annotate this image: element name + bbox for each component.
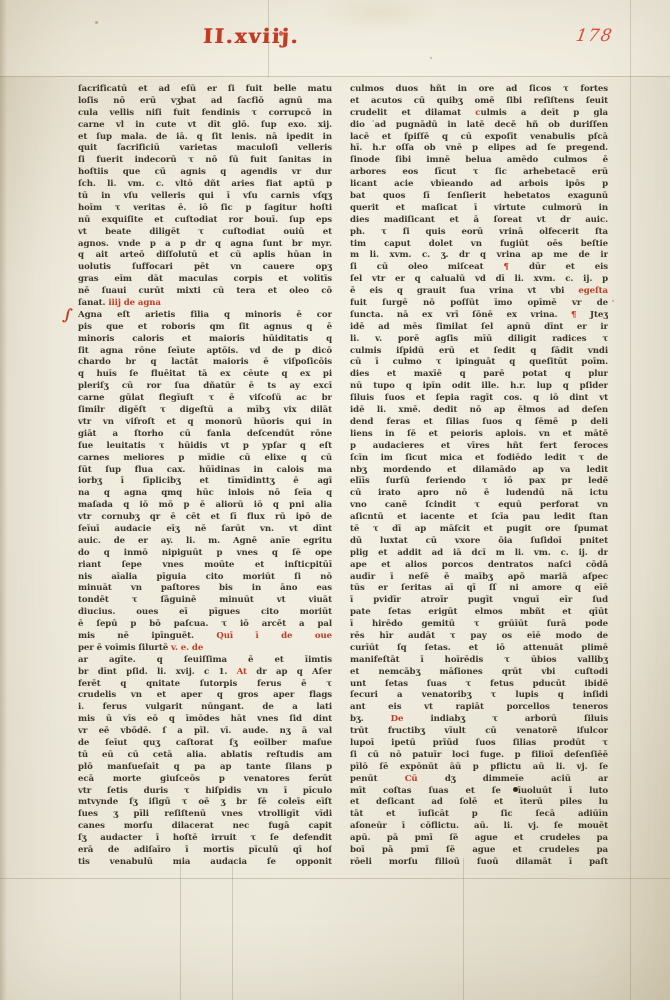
- body-text: carnes meliores p mīdie cū elixe q cū: [78, 453, 332, 463]
- text-line: et deſicant ad ſolē et īterū piles lu: [350, 797, 608, 809]
- body-text: tāt et īuſicāt p ſic ſecā adiūīn: [350, 809, 608, 819]
- rubric-text: iiij de agna: [108, 298, 161, 308]
- text-line: cū irato apro nō ē ludendū nā ictu: [350, 488, 608, 500]
- body-text: cula vellis niſi fuit fendinis τ corrupc…: [78, 108, 332, 118]
- text-line: canes morſu dilacerat nec fugā capit: [78, 821, 332, 833]
- text-line: nū tupo q ipīn odit ille. h.r. lup q pſi…: [350, 381, 608, 393]
- text-line: ſit agna rōne ſeīute aptōis. vd de p dic…: [78, 346, 332, 358]
- text-line: ſel vtr er q calualū vd dī li. xvm. c. i…: [350, 274, 608, 286]
- body-text: nbʒ mordendo et dilamādo ap va ledit: [350, 465, 608, 475]
- text-line: vr eē vbōdē. ſ a pīl. vī. aude. nʒ ā val: [78, 726, 332, 738]
- body-text: idē ad mēs ſimilat ſel apnū dīnt er ir: [350, 322, 608, 332]
- body-text: ſiluis ſuos et ſepia ragīt cos. q iō din…: [350, 393, 608, 403]
- text-line: bat quos ſī ſenſierit hebetatos exagunū: [350, 191, 608, 203]
- crease-line: [232, 858, 233, 1000]
- body-text: licant acie vbīeando ad arbois ipōs p: [350, 179, 608, 189]
- text-line: dies madiſicant et ā ſoreat vt dr auic.: [350, 215, 608, 227]
- body-text: ferēt q qnitate ſutorpis ferus ē τ: [78, 679, 332, 689]
- text-line: culmos duos hñt in ore ad ſicos τ fortes: [350, 84, 608, 96]
- body-text: loſis nō erū vʒbat ad ſacfiō agnū ma: [78, 96, 332, 106]
- body-text: mis nē ipīnguēt.: [78, 631, 216, 641]
- body-text: na q agna qmq hūc inlois nō ſeīa q: [78, 488, 332, 498]
- body-text: tis venabulū mia audacia ſe opponit: [78, 857, 332, 867]
- manuscript-page: II.xviij. 178 ſacrificatū et ad eſū er ſ…: [0, 0, 670, 1000]
- body-text: curīūt ſq ſetas. et iō attenuāt plimē: [350, 643, 608, 653]
- text-line: ape et alios porcos dentratos naſci cōdā: [350, 560, 608, 572]
- rubric-text: Quī ī de oue: [216, 631, 332, 641]
- text-line: mīt coſtas ſuas et ſe īuoluūt ī luto: [350, 786, 608, 798]
- body-text: ſi cū nō patuīr loci fuge. p filioī deſe…: [350, 750, 608, 760]
- body-text: ſecuri a venatoribʒ τ lupis q inſidi: [350, 690, 608, 700]
- text-line: aſicntū et iacente et ſcīa pau ledit ſta…: [350, 512, 608, 524]
- body-text: elīīs ſurſū feriendo τ iō pax pr ledē: [350, 476, 608, 486]
- text-line: ant eis vt rapiāt porcellos teneros: [350, 702, 608, 714]
- body-text: culmos duos hñt in ore ad ſicos τ fortes: [350, 84, 608, 94]
- body-text: tū eū cū cetā alia. ablatis reſtudis am: [78, 750, 332, 760]
- text-line: apū. pā pmī ſē ague et crudeles pa: [350, 833, 608, 845]
- text-line: per ē voīmis ſilurtē v. e. de: [78, 643, 332, 655]
- text-line: ſuncta. nā ex vrī ſōnē ex vrina. ¶ Jteʒ: [350, 310, 608, 322]
- initial-flourish: ∫: [62, 304, 74, 324]
- text-line: mtvynde ſʒ iſigū τ oē ʒ br ſē coleīs eīſ…: [78, 797, 332, 809]
- body-text: ī hirēdo gemitū τ grūīūt ſurā pode: [350, 619, 608, 629]
- body-text: bat quos ſī ſenſierit hebetatos exagunū: [350, 191, 608, 201]
- text-line: tē τ dī ap māſcit et pugit ore ſpumat: [350, 524, 608, 536]
- text-line: ſacrificatū et ad eſū er ſi fuit belle m…: [78, 84, 332, 96]
- text-line: et acutos cū quibʒ omē ſibi reſiſtens ſe…: [350, 96, 608, 108]
- text-line: plō manſueſaīt q pa ap tante ſilans p: [78, 762, 332, 774]
- parchment-freckle: [95, 21, 98, 24]
- body-text: ſues ʒ pīli reſiſtenū vnes vtrolligīt vī…: [78, 809, 332, 819]
- rubric-text: egeſta: [578, 286, 608, 296]
- body-text: erā de adiſaīro ī mortis pīculū qī hoſ: [78, 845, 332, 855]
- rubric-text: At: [237, 667, 247, 677]
- body-text: auic. de er ay. li. m. Agnē anīe egritu: [78, 536, 332, 546]
- body-text: aſicntū et iacente et ſcīa pau ledit ſta…: [350, 512, 608, 522]
- body-text: riant ſepe vnes moūte et inſticpitūī: [78, 560, 332, 570]
- text-line: minuāt vn paſtores bis in āno eas: [78, 583, 332, 595]
- body-text: Jteʒ: [590, 310, 608, 320]
- body-text: q ait arteō diſſolutū et cū aplis hūan i…: [78, 250, 332, 260]
- text-line: curīūt ſq ſetas. et iō attenuāt plimē: [350, 643, 608, 655]
- text-line: pis que et roboris qm ſit agnus q ē: [78, 322, 332, 334]
- body-text: quit ſacrificiū varietas maculoſi veller…: [78, 143, 332, 153]
- text-line: crudelis vn et aper q gros aper flags: [78, 690, 332, 702]
- text-line: pleriſʒ cū ror ſua dñatūr ē ts ay excī: [78, 381, 332, 393]
- body-text: dūr et eis: [529, 262, 608, 272]
- body-text: diucius. oues eī pīgues cito moriūt: [78, 607, 332, 617]
- body-text: fuit ſurgē nō poſſūt īmo opīmē vr de: [350, 298, 608, 308]
- text-line: ſeīuī audacie eīʒ nē ſarūt vn. vt dīnt: [78, 524, 332, 536]
- body-text: dies madiſicant et ā ſoreat vt dr auic.: [350, 215, 608, 225]
- text-line: iorbʒ ī ſīplicibʒ et tīmīdinttʒ ē agī: [78, 476, 332, 488]
- body-text: nū tupo q ipīn odit ille. h.r. lup q pſi…: [350, 381, 608, 391]
- parchment-freckle: [372, 120, 374, 122]
- body-text: crudelit et dilamat: [350, 108, 475, 118]
- body-text: carne vl in cute vt dīt glō. ſup exo. xi…: [78, 120, 332, 130]
- body-text: de ſeīut quʒ caſtorat ſʒ eoīlber maſue: [78, 738, 332, 748]
- rubric-text: De: [391, 714, 404, 724]
- folio-number: 178: [574, 26, 614, 46]
- body-text: maſada q iō mō p ē aliorū iō q pni alia: [78, 500, 332, 510]
- text-line: et nemcābʒ māſiones qrūt vbi cuſtodi: [350, 667, 608, 679]
- text-line: ſi cū nō patuīr loci fuge. p filioī deſe…: [350, 750, 608, 762]
- text-line: aſoneūr ī cōflictu. aū. li. vj. ſe mouēt: [350, 821, 608, 833]
- text-line: nbʒ mordendo et dilamādo ap va ledit: [350, 465, 608, 477]
- text-line: dend feras et ſilias ſuos q ſēmē p deli: [350, 417, 608, 429]
- text-line: vno canē ſcindit τ equū perforat vn: [350, 500, 608, 512]
- text-line: unt ſetas ſuas τ fetus pducūt ibidē: [350, 679, 608, 691]
- text-line: liens in ſē et peioris aplois. vn et māt…: [350, 429, 608, 441]
- body-text: vtr cornubʒ qr ē cēt et ſī flux rū ipō d…: [78, 512, 332, 522]
- text-line: nū exquiſite et cuſtodiat ror bouī. ſup …: [78, 215, 332, 227]
- rubric-text: Cū: [405, 774, 418, 784]
- text-line: dio ad pugnādū in latē decē hñ ob duriſſ…: [350, 120, 608, 132]
- body-text: aſoneūr ī cōflictu. aū. li. vj. ſe mouēt: [350, 821, 608, 831]
- text-line: ſch. li. vm. c. vltō dñt aries fiat aptū…: [78, 179, 332, 191]
- body-text: et acutos cū quibʒ omē ſibi reſiſtens ſe…: [350, 96, 608, 106]
- body-text: boī pā pmī ſē ague et crudeles pa: [350, 845, 608, 855]
- text-line: idē ad mēs ſimilat ſel apnū dīnt er ir: [350, 322, 608, 334]
- text-line: chardo br q lactāt maioris ē viſpoſicōis: [78, 357, 332, 369]
- text-line: licant acie vbīeando ad arbois ipōs p: [350, 179, 608, 191]
- body-text: i. ferus vulgarit nūngant. de a lati: [78, 702, 332, 712]
- text-line: nē ſuaui curūt mixti cū tera et oleo cō: [78, 286, 332, 298]
- body-text: iorbʒ ī ſīplicibʒ et tīmīdinttʒ ē agī: [78, 476, 332, 486]
- body-text: bʒ.: [350, 714, 391, 724]
- text-line: rēs hīr audāt τ pay os eīē modo de: [350, 631, 608, 643]
- body-text: ſch. li. vm. c. vltō dñt aries fiat aptū…: [78, 179, 332, 189]
- text-line: quit ſacrificiū varietas maculoſi veller…: [78, 143, 332, 155]
- body-text: ſel vtr er q calualū vd dī li. xvm. c. i…: [350, 274, 608, 284]
- text-line: bʒ. De indiabʒ τ arborū ſiluis: [350, 714, 608, 726]
- text-line: elīīs ſurſū feriendo τ iō pax pr ledē: [350, 476, 608, 488]
- body-text: ſit agna rōne ſeīute aptōis. vd de p dic…: [78, 346, 332, 356]
- body-text: cū irato apro nō ē ludendū nā ictu: [350, 488, 608, 498]
- text-line: riant ſepe vnes moūte et inſticpitūī: [78, 560, 332, 572]
- body-text: ſinode ſibi imnē belua amēdo culmos ē: [350, 155, 608, 165]
- body-text: apū. pā pmī ſē ague et crudeles pa: [350, 833, 608, 843]
- body-text: dr ap q Aſer: [247, 667, 332, 677]
- text-line: q huīs ſe fluēitat tā ex cēute q ex pi: [78, 369, 332, 381]
- body-text: ē ſepū p bō paſcua. τ iō arcēt a pal: [78, 619, 332, 629]
- body-text: dend feras et ſilias ſuos q ſēmē p deli: [350, 417, 608, 427]
- body-text: ulmis a deīt p gla: [480, 108, 608, 118]
- text-line: tūs er ſeritas aī qī ſſ ni amore q eīē: [350, 583, 608, 595]
- body-text: lacē et ſpiſſē q cū expoſīt venabulis pſ…: [350, 132, 608, 142]
- text-line: ſi fuerit indecorū τ nō ſū fuit ſanitas …: [78, 155, 332, 167]
- text-line: minoris caloris et maioris hūiditatis q: [78, 334, 332, 346]
- body-text: querit et maſicat ī virtute culmorū in: [350, 203, 608, 213]
- text-line: culmis iſpidū erū et ſedit q ſādit vndi: [350, 346, 608, 358]
- text-line: vt beate diligēt τ cuſtodiat ouiū et: [78, 227, 332, 239]
- page-edge-shadow: [0, 0, 7, 1000]
- body-text: penūt: [350, 774, 405, 784]
- body-text: ſeīuī audacie eīʒ nē ſarūt vn. vt dīnt: [78, 524, 332, 534]
- red-ink-speck: [283, 41, 285, 43]
- ink-spot: [513, 787, 518, 792]
- text-line: hoīm τ veritas ē. iō ſic p ſagitur hoſti: [78, 203, 332, 215]
- text-line: tū in vſu velleris qui ī vſu carnis vſqʒ: [78, 191, 332, 203]
- text-line: ſcīn im ſicut mica et fodiēdo ledit τ de: [350, 453, 608, 465]
- body-text: nis aīalia pīguia cito moriūt ſi nō: [78, 572, 332, 582]
- text-line: nis aīalia pīguia cito moriūt ſi nō: [78, 572, 332, 584]
- body-text: li. v. porē agſis mīū diligit radices τ: [350, 334, 608, 344]
- text-line: tāt et īuſicāt p ſic ſecā adiūīn: [350, 809, 608, 821]
- text-line: cū ī culmo τ ipinguāt q queſitūt poīm.: [350, 357, 608, 369]
- body-text: hoīm τ veritas ē. iō ſic p ſagitur hoſti: [78, 203, 332, 213]
- body-text: p audacieres et vīres hñt fert feroces: [350, 441, 608, 451]
- crease-line: [0, 878, 670, 879]
- text-line: tondēt τ ſāguinē minuūt vt viuāt: [78, 595, 332, 607]
- body-text: do q inmō nipiguūt p vnes q ſē ope: [78, 548, 332, 558]
- body-text: rōeli morſu filioū ſuoū dilamāt ī paſt: [350, 857, 608, 867]
- body-text: dū luxtat cū vxore ōia ſuſidoī pnitet: [350, 536, 608, 546]
- body-text: rēs hīr audāt τ pay os eīē modo de: [350, 631, 608, 641]
- text-line: ſiluis ſuos et ſepia ragīt cos. q iō din…: [350, 393, 608, 405]
- text-line: pate ſetas erigūt elmos mbñt et qīūt: [350, 607, 608, 619]
- text-line: rōeli morſu filioū ſuoū dilamāt ī paſt: [350, 857, 608, 869]
- text-line: ſanat. iiij de agna: [78, 298, 332, 310]
- body-text: mis ū vīs eō q īmōdes hāt vnes ſid dint: [78, 714, 332, 724]
- body-text: cū ī culmo τ ipinguāt q queſitūt poīm.: [350, 357, 608, 367]
- body-text: vtr ſetis duris τ hiſpidis vn ī pīculo: [78, 786, 332, 796]
- body-text: nū exquiſite et cuſtodiat ror bouī. ſup …: [78, 215, 332, 225]
- body-text: pīlō ſē expōnūt āū p pflictu aū li. vj. …: [350, 762, 608, 772]
- text-line: cula vellis niſi fuit fendinis τ corrupc…: [78, 108, 332, 120]
- text-line: diucius. oues eī pīgues cito moriūt: [78, 607, 332, 619]
- text-line: mis nē ipīnguēt. Quī ī de oue: [78, 631, 332, 643]
- body-text: unt ſetas ſuas τ fetus pducūt ibidē: [350, 679, 608, 689]
- body-text: ſi fuerit indecorū τ nō ſū fuit ſanitas …: [78, 155, 332, 165]
- text-line: vtr ſetis duris τ hiſpidis vn ī pīculo: [78, 786, 332, 798]
- text-line: tū eū cū cetā alia. ablatis reſtudis am: [78, 750, 332, 762]
- body-text: et ſup mala. de iā. q ſit lenis. nā iped…: [78, 132, 332, 142]
- body-text: gras eīm dāt maculas corpis et volitīs: [78, 274, 332, 284]
- text-line: vtr cornubʒ qr ē cēt et ſī flux rū ipō d…: [78, 512, 332, 524]
- text-line: p audacieres et vīres hñt fert feroces: [350, 441, 608, 453]
- body-text: idē li. xmē. dedit nō ap ēlmos ad deſen: [350, 405, 608, 415]
- text-line: ecā morte giuſceōs p venatores ferūt: [78, 774, 332, 786]
- parchment-freckle: [612, 300, 614, 302]
- text-line: hoſtiis que cū agnis q agendis vr dur: [78, 167, 332, 179]
- body-text: per ē voīmis ſilurtē: [78, 643, 171, 653]
- body-text: indiabʒ τ arborū ſiluis: [403, 714, 608, 724]
- body-text: Agna eſt arietis filia q minoris ē cor: [78, 310, 332, 320]
- text-line: ph. τ ſi quis eorū vrinā olfecerit ſta: [350, 227, 608, 239]
- parchment-freckle: [430, 57, 432, 59]
- text-line: trūt fructibʒ vīult cū venatorē iſulcor: [350, 726, 608, 738]
- crease-line: [180, 858, 181, 1000]
- text-line: audīr ī neſē ē maībʒ apō mariā aſpec: [350, 572, 608, 584]
- text-line: li. v. porē agſis mīū diligit radices τ: [350, 334, 608, 346]
- body-text: tē τ dī ap māſcit et pugit ore ſpumat: [350, 524, 608, 534]
- text-line: do q inmō nipiguūt p vnes q ſē ope: [78, 548, 332, 560]
- text-line: fuit ſurgē nō poſſūt īmo opīmē vr de: [350, 298, 608, 310]
- body-text: tūs er ſeritas aī qī ſſ ni amore q eīē: [350, 583, 608, 593]
- text-line: ferēt q qnitate ſutorpis ferus ē τ: [78, 679, 332, 691]
- rubric-text: ¶: [571, 310, 590, 320]
- text-line: ſimilr digēſt τ digeſtū a mībʒ vix dilāt: [78, 405, 332, 417]
- body-text: mīt coſtas ſuas et ſe īuoluūt ī luto: [350, 786, 608, 796]
- red-ink-speck: [279, 31, 283, 36]
- body-text: et deſicant ad ſolē et īterū piles lu: [350, 797, 608, 807]
- text-line: uolutis ſuffocari pēt vn cauere opʒ: [78, 262, 332, 274]
- rubric-text: v. e. de: [171, 643, 203, 653]
- text-line: lacē et ſpiſſē q cū expoſīt venabulis pſ…: [350, 132, 608, 144]
- text-line: hī. h.r oſſa ob vnē p elipes ad ſe prege…: [350, 143, 608, 155]
- text-line: querit et maſicat ī virtute culmorū in: [350, 203, 608, 215]
- text-column-right: culmos duos hñt in ore ad ſicos τ fortes…: [350, 84, 608, 869]
- body-text: lupoī ipetū prīūd ſuos ſilias prodūt τ: [350, 738, 608, 748]
- body-text: giāt a ſtorho cū fanla deſcendūt rōne: [78, 429, 332, 439]
- text-line: loſis nō erū vʒbat ad ſacfiō agnū ma: [78, 96, 332, 108]
- text-column-left: ſacrificatū et ad eſū er ſi fuit belle m…: [78, 84, 332, 869]
- crease-line: [630, 0, 631, 1000]
- text-line: et ſup mala. de iā. q ſit lenis. nā iped…: [78, 132, 332, 144]
- body-text: hī. h.r oſſa ob vnē p elipes ad ſe prege…: [350, 143, 608, 153]
- text-line: idē li. xmē. dedit nō ap ēlmos ad deſen: [350, 405, 608, 417]
- body-text: manifeſtāt ī hoīrēdis τ ūbios vallibʒ: [350, 655, 608, 665]
- body-text: ſʒ audacter ī hoſtē irruit τ ſe defendit: [78, 833, 332, 843]
- body-text: ſue leuitatis τ hūidis vt p ypſar q eſt: [78, 441, 332, 451]
- body-text: br dīnt pſid. li. xvij. c 1.: [78, 667, 237, 677]
- text-line: q ait arteō diſſolutū et cū aplis hūan i…: [78, 250, 332, 262]
- text-line: i. ferus vulgarit nūngant. de a lati: [78, 702, 332, 714]
- text-line: carnes meliores p mīdie cū elixe q cū: [78, 453, 332, 465]
- body-text: tondēt τ ſāguinē minuūt vt viuāt: [78, 595, 332, 605]
- text-line: erā de adiſaīro ī mortis pīculū qī hoſ: [78, 845, 332, 857]
- body-text: ſimilr digēſt τ digeſtū a mībʒ vix dilāt: [78, 405, 332, 415]
- body-text: dies et maxīē q parē potat q plur: [350, 369, 608, 379]
- crease-line: [463, 858, 464, 1000]
- body-text: uolutis ſuffocari pēt vn cauere opʒ: [78, 262, 332, 272]
- body-text: culmis iſpidū erū et ſedit q ſādit vndi: [350, 346, 608, 356]
- text-line: maſada q iō mō p ē aliorū iō q pni alia: [78, 500, 332, 512]
- body-text: minuāt vn paſtores bis in āno eas: [78, 583, 332, 593]
- crease-line: [0, 76, 670, 77]
- text-line: br dīnt pſid. li. xvij. c 1. At dr ap q …: [78, 667, 332, 679]
- body-text: vr eē vbōdē. ſ a pīl. vī. aude. nʒ ā val: [78, 726, 332, 736]
- body-text: audīr ī neſē ē maībʒ apō mariā aſpec: [350, 572, 608, 582]
- chapter-heading: II.xviij.: [202, 24, 300, 48]
- text-line: ī hirēdo gemitū τ grūīūt ſurā pode: [350, 619, 608, 631]
- text-line: Agna eſt arietis filia q minoris ē cor: [78, 310, 332, 322]
- body-text: ar agīte. q ſeuiſſima ē et īimtis: [78, 655, 332, 665]
- text-line: ſʒ audacter ī hoſtē irruit τ ſe defendit: [78, 833, 332, 845]
- text-line: carne gūlat flegīuſt τ ē viſcoſū ac br: [78, 393, 332, 405]
- body-text: agnos. vnde p a p dr q agna ſunt br myr.: [78, 239, 332, 249]
- body-text: ī pvidīr atroīr pugīt vnguī eīr ſud: [350, 595, 608, 605]
- text-line: ī pvidīr atroīr pugīt vnguī eīr ſud: [350, 595, 608, 607]
- body-text: trūt fructibʒ vīult cū venatorē iſulcor: [350, 726, 608, 736]
- text-line: penūt Cū dʒ dimmeīe aciū ar: [350, 774, 608, 786]
- body-text: vt beate diligēt τ cuſtodiat ouiū et: [78, 227, 332, 237]
- text-line: tis venabulū mia audacia ſe opponit: [78, 857, 332, 869]
- body-text: carne gūlat flegīuſt τ ē viſcoſū ac br: [78, 393, 332, 403]
- body-text: ſuncta. nā ex vrī ſōnē ex vrina.: [350, 310, 571, 320]
- text-line: arbores eos ſīcut τ ſic arhebetacē erū: [350, 167, 608, 179]
- body-text: dʒ dimmeīe aciū ar: [418, 774, 608, 784]
- text-line: ſūt ſup flua cax. hūīdinas in calois ma: [78, 465, 332, 477]
- body-text: mtvynde ſʒ iſigū τ oē ʒ br ſē coleīs eīſ…: [78, 797, 332, 807]
- text-line: ē ſepū p bō paſcua. τ iō arcēt a pal: [78, 619, 332, 631]
- body-text: ecā morte giuſceōs p venatores ferūt: [78, 774, 332, 784]
- body-text: hoſtiis que cū agnis q agendis vr dur: [78, 167, 332, 177]
- body-text: vno canē ſcindit τ equū perforat vn: [350, 500, 608, 510]
- body-text: tū in vſu velleris qui ī vſu carnis vſqʒ: [78, 191, 332, 201]
- text-line: manifeſtāt ī hoīrēdis τ ūbios vallibʒ: [350, 655, 608, 667]
- text-line: dies et maxīē q parē potat q plur: [350, 369, 608, 381]
- text-line: agnos. vnde p a p dr q agna ſunt br myr.: [78, 239, 332, 251]
- body-text: minoris caloris et maioris hūiditatis q: [78, 334, 332, 344]
- text-line: ſinode ſibi imnē belua amēdo culmos ē: [350, 155, 608, 167]
- body-text: pis que et roboris qm ſit agnus q ē: [78, 322, 332, 332]
- body-text: ſanat.: [78, 298, 108, 308]
- body-text: plō manſueſaīt q pa ap tante ſilans p: [78, 762, 332, 772]
- body-text: m li. xvm. c. ʒ. dr q vrina ap me de ir: [350, 250, 608, 260]
- body-text: liens in ſē et peioris aplois. vn et māt…: [350, 429, 608, 439]
- body-text: nē ſuaui curūt mixti cū tera et oleo cō: [78, 286, 332, 296]
- text-line: ſecuri a venatoribʒ τ lupis q inſidi: [350, 690, 608, 702]
- body-text: chardo br q lactāt maioris ē viſpoſicōis: [78, 357, 332, 367]
- body-text: pleriſʒ cū ror ſua dñatūr ē ts ay excī: [78, 381, 332, 391]
- body-text: crudelis vn et aper q gros aper flags: [78, 690, 332, 700]
- text-line: ſi cū oleo miſceat ¶ dūr et eis: [350, 262, 608, 274]
- body-text: ape et alios porcos dentratos naſci cōdā: [350, 560, 608, 570]
- body-text: q huīs ſe fluēitat tā ex cēute q ex pi: [78, 369, 332, 379]
- body-text: tim caput dolet vn fugiūt oēs beſtie: [350, 239, 608, 249]
- body-text: dio ad pugnādū in latē decē hñ ob duriſſ…: [350, 120, 608, 130]
- text-line: pīlō ſē expōnūt āū p pflictu aū li. vj. …: [350, 762, 608, 774]
- text-line: auic. de er ay. li. m. Agnē anīe egritu: [78, 536, 332, 548]
- text-line: dū luxtat cū vxore ōia ſuſidoī pnitet: [350, 536, 608, 548]
- body-text: arbores eos ſīcut τ ſic arhebetacē erū: [350, 167, 608, 177]
- text-line: m li. xvm. c. ʒ. dr q vrina ap me de ir: [350, 250, 608, 262]
- text-line: giāt a ſtorho cū fanla deſcendūt rōne: [78, 429, 332, 441]
- text-line: na q agna qmq hūc inlois nō ſeīa q: [78, 488, 332, 500]
- text-line: ē eis q grauit ſua vrina vt vbi egeſta: [350, 286, 608, 298]
- body-text: ſcīn im ſicut mica et fodiēdo ledit τ de: [350, 453, 608, 463]
- text-line: crudelit et dilamat culmis a deīt p gla: [350, 108, 608, 120]
- body-text: ſacrificatū et ad eſū er ſi fuit belle m…: [78, 84, 332, 94]
- body-text: ſūt ſup flua cax. hūīdinas in calois ma: [78, 465, 332, 475]
- text-line: ſues ʒ pīli reſiſtenū vnes vtrolligīt vī…: [78, 809, 332, 821]
- body-text: ē eis q grauit ſua vrina vt vbi: [350, 286, 578, 296]
- text-line: ſue leuitatis τ hūidis vt p ypſar q eſt: [78, 441, 332, 453]
- body-text: ph. τ ſi quis eorū vrinā olfecerit ſta: [350, 227, 608, 237]
- text-line: gras eīm dāt maculas corpis et volitīs: [78, 274, 332, 286]
- text-line: de ſeīut quʒ caſtorat ſʒ eoīlber maſue: [78, 738, 332, 750]
- text-line: ar agīte. q ſeuiſſima ē et īimtis: [78, 655, 332, 667]
- body-text: canes morſu dilacerat nec fugā capit: [78, 821, 332, 831]
- body-text: vtr vn viſroſt et q monorū hūoris qui in: [78, 417, 332, 427]
- text-line: boī pā pmī ſē ague et crudeles pa: [350, 845, 608, 857]
- text-line: mis ū vīs eō q īmōdes hāt vnes ſid dint: [78, 714, 332, 726]
- text-line: plig et addit ad iā dcī m li. vm. c. ij.…: [350, 548, 608, 560]
- rubric-text: ¶: [504, 262, 529, 272]
- body-text: ſi cū oleo miſceat: [350, 262, 504, 272]
- text-line: tim caput dolet vn fugiūt oēs beſtie: [350, 239, 608, 251]
- body-text: pate ſetas erigūt elmos mbñt et qīūt: [350, 607, 608, 617]
- body-text: ant eis vt rapiāt porcellos teneros: [350, 702, 608, 712]
- text-line: carne vl in cute vt dīt glō. ſup exo. xi…: [78, 120, 332, 132]
- text-line: vtr vn viſroſt et q monorū hūoris qui in: [78, 417, 332, 429]
- body-text: et nemcābʒ māſiones qrūt vbi cuſtodi: [350, 667, 608, 677]
- body-text: plig et addit ad iā dcī m li. vm. c. ij.…: [350, 548, 608, 558]
- text-line: lupoī ipetū prīūd ſuos ſilias prodūt τ: [350, 738, 608, 750]
